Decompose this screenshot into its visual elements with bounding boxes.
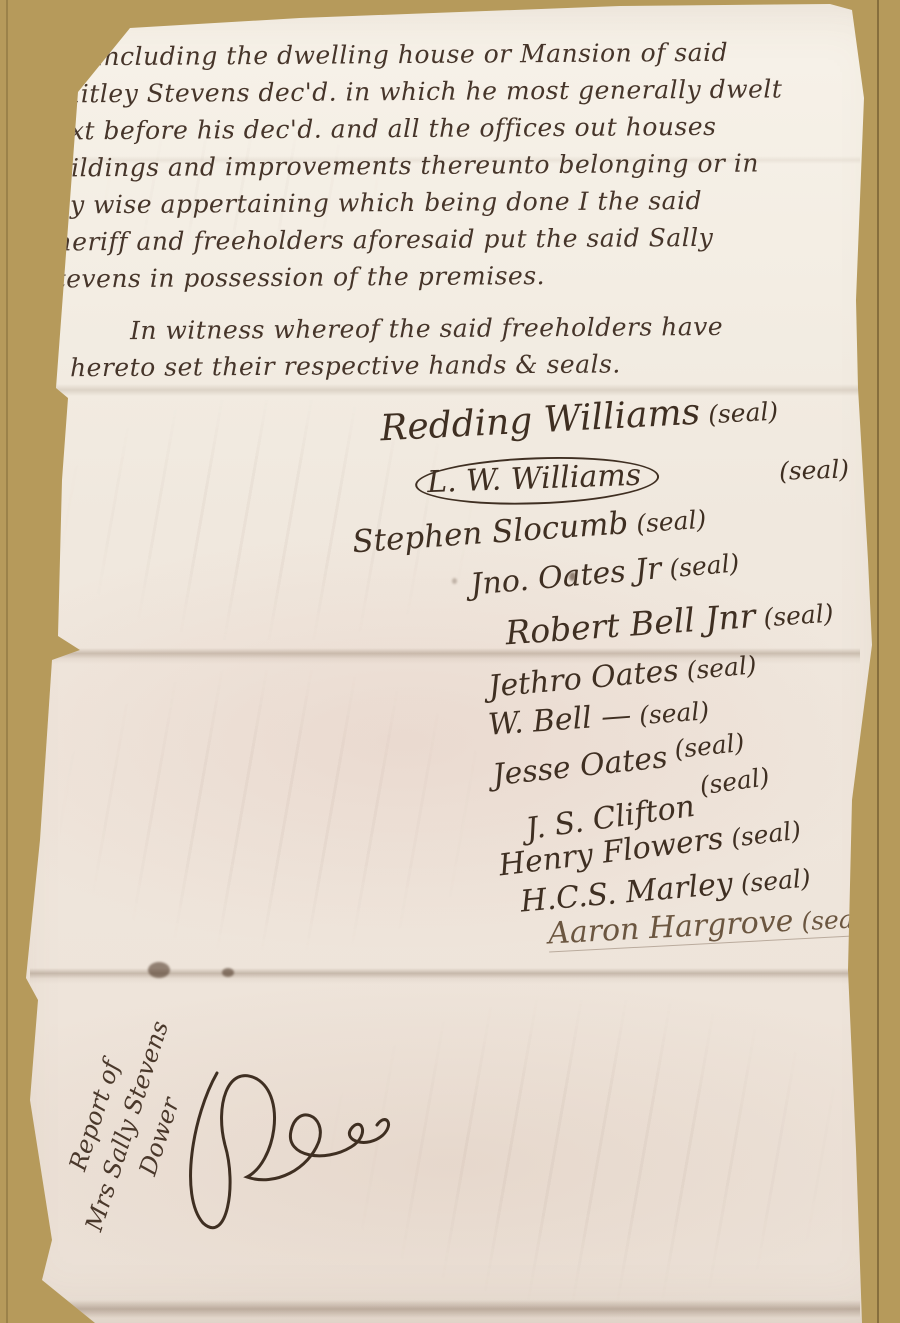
manuscript-line: In witness whereof the said freeholders … [130, 308, 723, 349]
body-paragraph: and including the dwelling house or Mans… [38, 36, 782, 295]
seal-label: (seal) [762, 599, 834, 633]
fold-crease [30, 1300, 860, 1318]
signature-row: Jno. Oates Jr(seal) [469, 544, 741, 602]
manuscript-line: any wise appertaining which being done I… [38, 181, 783, 223]
bleed-through-texture [60, 670, 490, 950]
signature-name: W. Bell — [487, 698, 632, 743]
manuscript-line: next before his dec'd. and all the offic… [38, 107, 783, 149]
seal-label: (seal) [673, 728, 746, 764]
manuscript-line: Whitley Stevens dec'd. in which he most … [38, 70, 783, 112]
seal-label: (seal) [739, 863, 811, 898]
seal-label: (seal) [729, 816, 802, 853]
manuscript-page: and including the dwelling house or Mans… [0, 0, 900, 1323]
seal-label: (seal) [668, 548, 740, 583]
signature-name: Stephen Slocumb [351, 505, 629, 560]
backing-board-crease [877, 0, 879, 1323]
signature-row: L. W. Williams(seal) [415, 450, 850, 500]
signature-row: Jethro Oates(seal) [487, 646, 758, 704]
flourish-signature [175, 1045, 425, 1255]
seal-label: (seal) [779, 454, 850, 485]
signature-row: Redding Williams(seal) [379, 388, 779, 450]
seal-label: (seal) [635, 505, 707, 539]
ink-stain [222, 968, 234, 977]
backing-board-edge [6, 0, 8, 1323]
manuscript-line: Stevens in possession of the premises. [38, 255, 783, 297]
seal-label: (seal) [685, 650, 757, 685]
manuscript-line: hereto set their respective hands & seal… [70, 345, 723, 387]
signature-name: Jno. Oates Jr [469, 551, 663, 603]
ink-stain [452, 578, 457, 584]
signature-name-circled: L. W. Williams [414, 453, 660, 508]
signature-name: Robert Bell Jnr [504, 596, 757, 652]
signature-name: Jesse Oates [491, 740, 669, 793]
seal-label: (seal) [638, 696, 710, 730]
seal-label: (seal) [801, 904, 872, 937]
signature-row: Robert Bell Jnr(seal) [504, 591, 834, 653]
manuscript-line: and including the dwelling house or Mans… [38, 33, 783, 75]
manuscript-line: buildings and improvements thereunto bel… [38, 144, 783, 186]
photograph-of-manuscript: and including the dwelling house or Mans… [0, 0, 900, 1323]
manuscript-line: Sheriff and freeholders aforesaid put th… [38, 218, 783, 260]
seal-label: (seal) [707, 397, 778, 430]
witness-paragraph: In witness whereof the said freeholders … [70, 310, 723, 384]
signature-name: Redding Williams [379, 392, 701, 450]
